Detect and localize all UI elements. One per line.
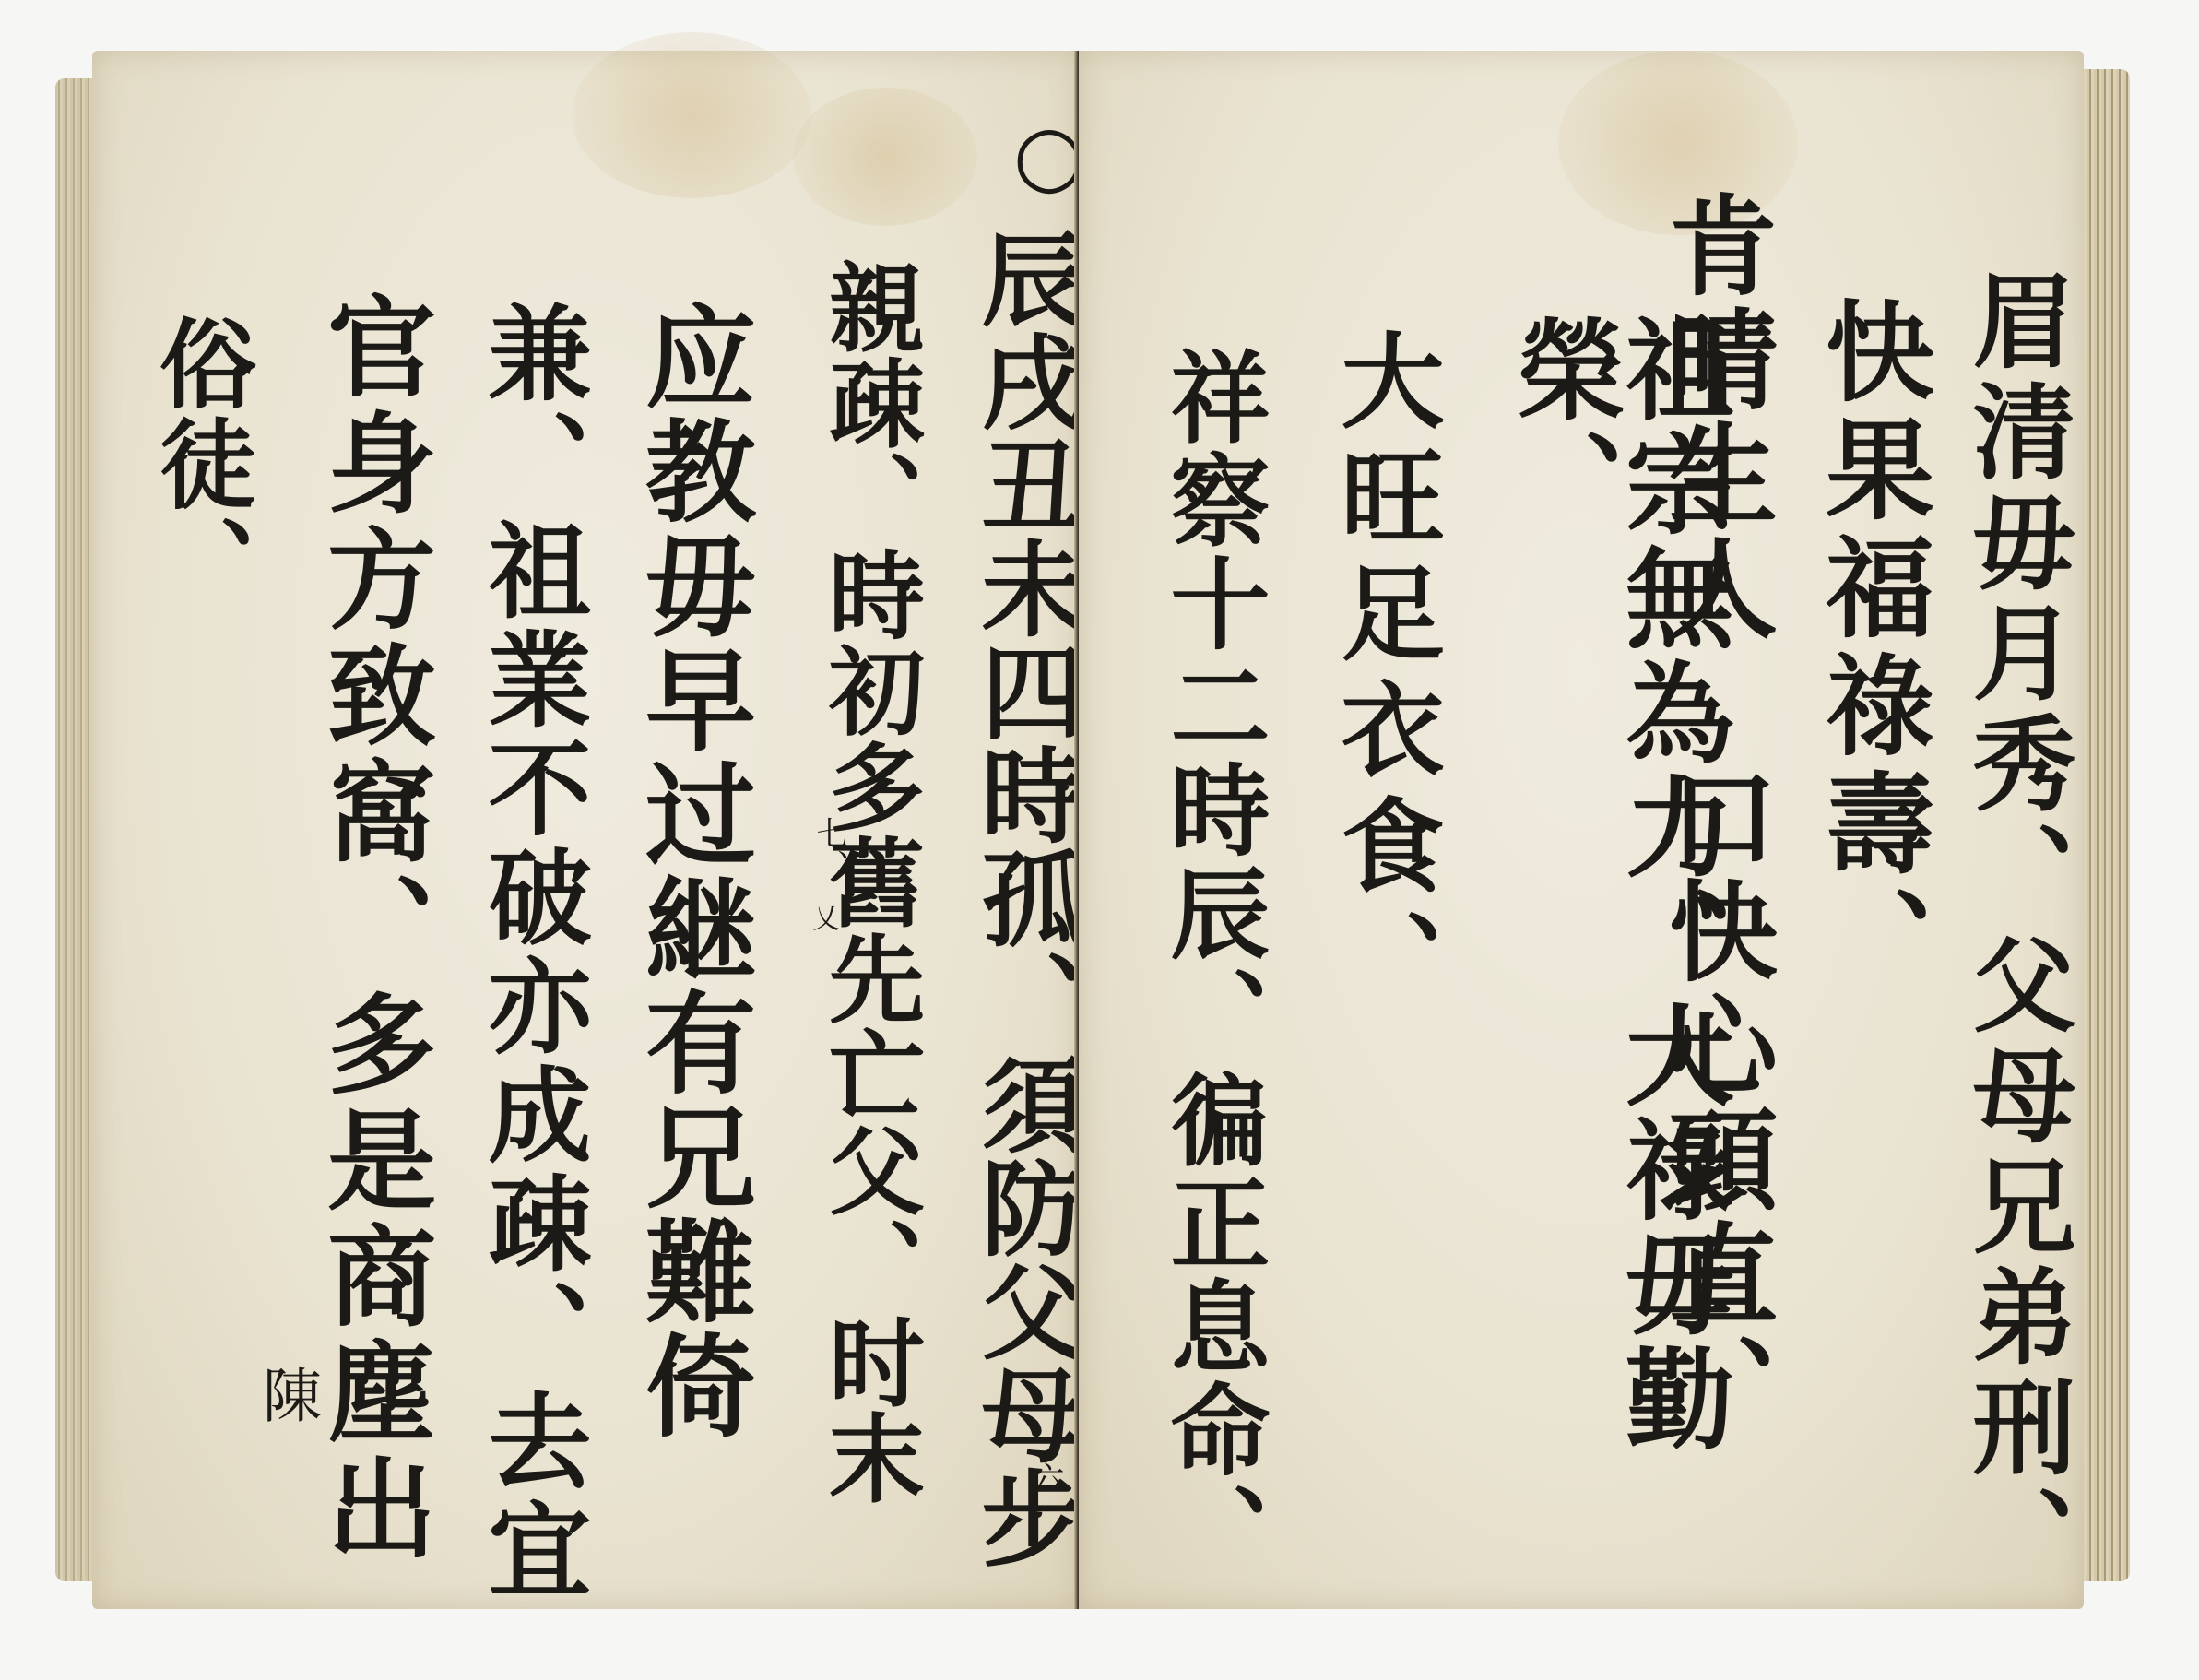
annotation-six: 六: [1023, 1461, 1069, 1493]
left-column-6: 俗徒、: [152, 314, 249, 615]
left-column-3: 应教毋早过継有兄難倚: [636, 300, 747, 1443]
left-column-5: 官身方致窩、多是商塵出: [318, 290, 427, 1568]
annotation-x: 乂: [802, 904, 843, 931]
annotation-chen-seal: 陳: [244, 1365, 329, 1424]
open-book: ○ 辰戌丑未四時孤、須防父母步 親疎、時初多舊先亡父、时末 应教毋早过継有兄難倚…: [55, 51, 2130, 1609]
left-column-1: 辰戌丑未四時孤、須防父母步: [973, 226, 1076, 1568]
left-page: ○ 辰戌丑未四時孤、須防父母步 親疎、時初多舊先亡父、时末 应教毋早过継有兄難倚…: [92, 51, 1079, 1609]
annotation-seven: 七、: [807, 816, 854, 882]
right-column-6: 祥察十二時辰、徧正息命、: [1162, 346, 1261, 1585]
right-column-4: 祖宗無為力、大祿毋勤榮、: [1507, 314, 1725, 1609]
left-column-4: 兼、祖業不破亦成疎、去宜: [479, 300, 583, 1605]
right-column-2: 快果福祿壽、: [1816, 295, 1925, 1003]
page-edges-right: [2079, 69, 2130, 1581]
right-column-1: 眉清毋月秀、父母兄弟刑、: [1964, 267, 2067, 1595]
right-column-5: 大旺足衣食、: [1332, 327, 1436, 1024]
right-page: 眉清毋月秀、父母兄弟刑、 快果福祿壽、 肯晴生人 口快心頭直、 祖宗無為力、大祿…: [1079, 51, 2084, 1609]
